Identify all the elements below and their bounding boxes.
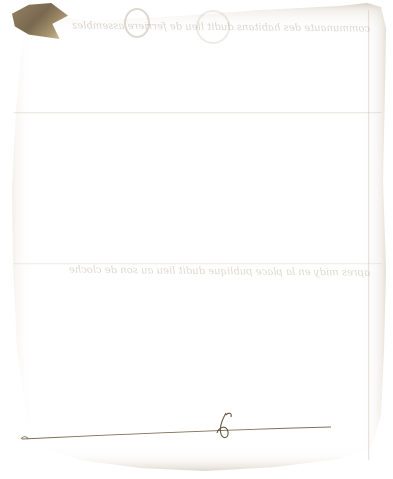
verso-bleed-line — [2, 149, 68, 175]
verso-bleed-line — [2, 296, 68, 322]
verso-bleed-line — [2, 418, 68, 444]
verso-bleed-line — [2, 393, 68, 419]
verso-bleed-line — [2, 28, 68, 53]
verso-bleed-line — [2, 174, 68, 200]
verso-bleed-line — [2, 320, 68, 346]
verso-bleed-line — [2, 52, 68, 78]
manuscript-text-block — [60, 34, 389, 427]
verso-bleed-column — [2, 28, 68, 458]
verso-bleed-line — [2, 100, 68, 126]
verso-bleed-line — [2, 222, 68, 248]
verso-bleed-line — [2, 125, 68, 151]
verso-bleed-line — [2, 198, 68, 224]
verso-bleed-line — [2, 369, 68, 395]
verso-bleed-line — [2, 344, 68, 370]
verso-bleed-line — [2, 76, 68, 102]
